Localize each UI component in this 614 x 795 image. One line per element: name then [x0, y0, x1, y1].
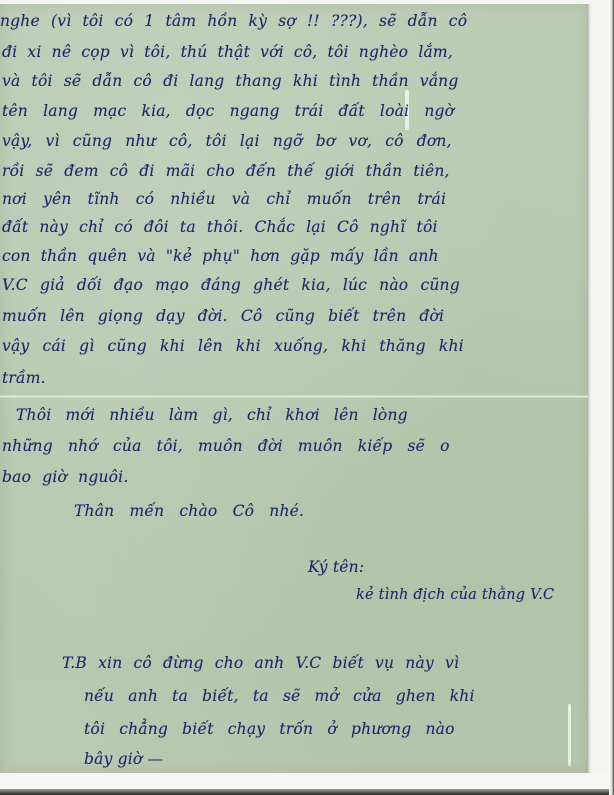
letter-closing: Thân mến chào Cô nhé.	[74, 504, 304, 520]
letter-paper: nghe (vì tôi có 1 tâm hồn kỳ sợ !! ???),…	[0, 4, 588, 773]
letter-line: vậy cái gì cũng khi lên khi xuống, khi t…	[2, 339, 464, 355]
letter-line: nghe (vì tôi có 1 tâm hồn kỳ sợ !! ???),…	[0, 14, 467, 30]
letter-line: rồi sẽ đem cô đi mãi cho đến thế giới th…	[2, 164, 450, 180]
postscript-line: tôi chẳng biết chạy trốn ở phương nào	[84, 722, 455, 738]
postscript-line: T.B xin cô đừng cho anh V.C biết vụ này …	[62, 656, 459, 672]
letter-line: muốn lên giọng dạy đời. Cô cũng biết trê…	[2, 309, 444, 325]
letter-line: tên lang mạc kia, dọc ngang trái đất loà…	[2, 104, 454, 120]
paper-edge	[587, 4, 591, 773]
scanned-page: nghe (vì tôi có 1 tâm hồn kỳ sợ !! ???),…	[0, 0, 614, 795]
light-glare	[568, 704, 571, 766]
letter-line: trầm.	[2, 371, 46, 387]
paper-fold-line	[0, 395, 588, 398]
scan-right-shadow	[609, 0, 614, 795]
letter-line: con thần quên và "kẻ phụ" hơn gặp mấy lầ…	[2, 249, 439, 265]
letter-line: đi xi nê cọp vì tôi, thú thật với cô, tô…	[2, 45, 453, 61]
postscript-line: bây giờ —	[84, 752, 163, 768]
letter-line: Thôi mới nhiều làm gì, chỉ khơi lên lòng	[16, 408, 408, 424]
letter-line: nơi yên tĩnh có nhiều và chỉ muốn trên t…	[2, 192, 446, 208]
letter-line: bao giờ nguôi.	[2, 470, 128, 486]
letter-line: V.C giả dối đạo mạo đáng ghét kia, lúc n…	[2, 278, 460, 294]
signature-name: kẻ tình địch của thằng V.C	[356, 588, 554, 603]
letter-line: những nhớ của tôi, muôn đời muôn kiếp sẽ…	[2, 439, 450, 455]
letter-line: vậy, vì cũng như cô, tôi lại ngỡ bơ vơ, …	[2, 134, 452, 150]
postscript-line: nếu anh ta biết, ta sẽ mở cửa ghen khi	[84, 689, 475, 705]
letter-line: và tôi sẽ dẫn cô đi lang thang khi tình …	[2, 74, 458, 90]
scan-bottom-shadow	[0, 789, 614, 795]
signature-label: Ký tên:	[308, 560, 364, 576]
letter-line: đất này chỉ có đôi ta thôi. Chắc lại Cô …	[2, 220, 438, 236]
